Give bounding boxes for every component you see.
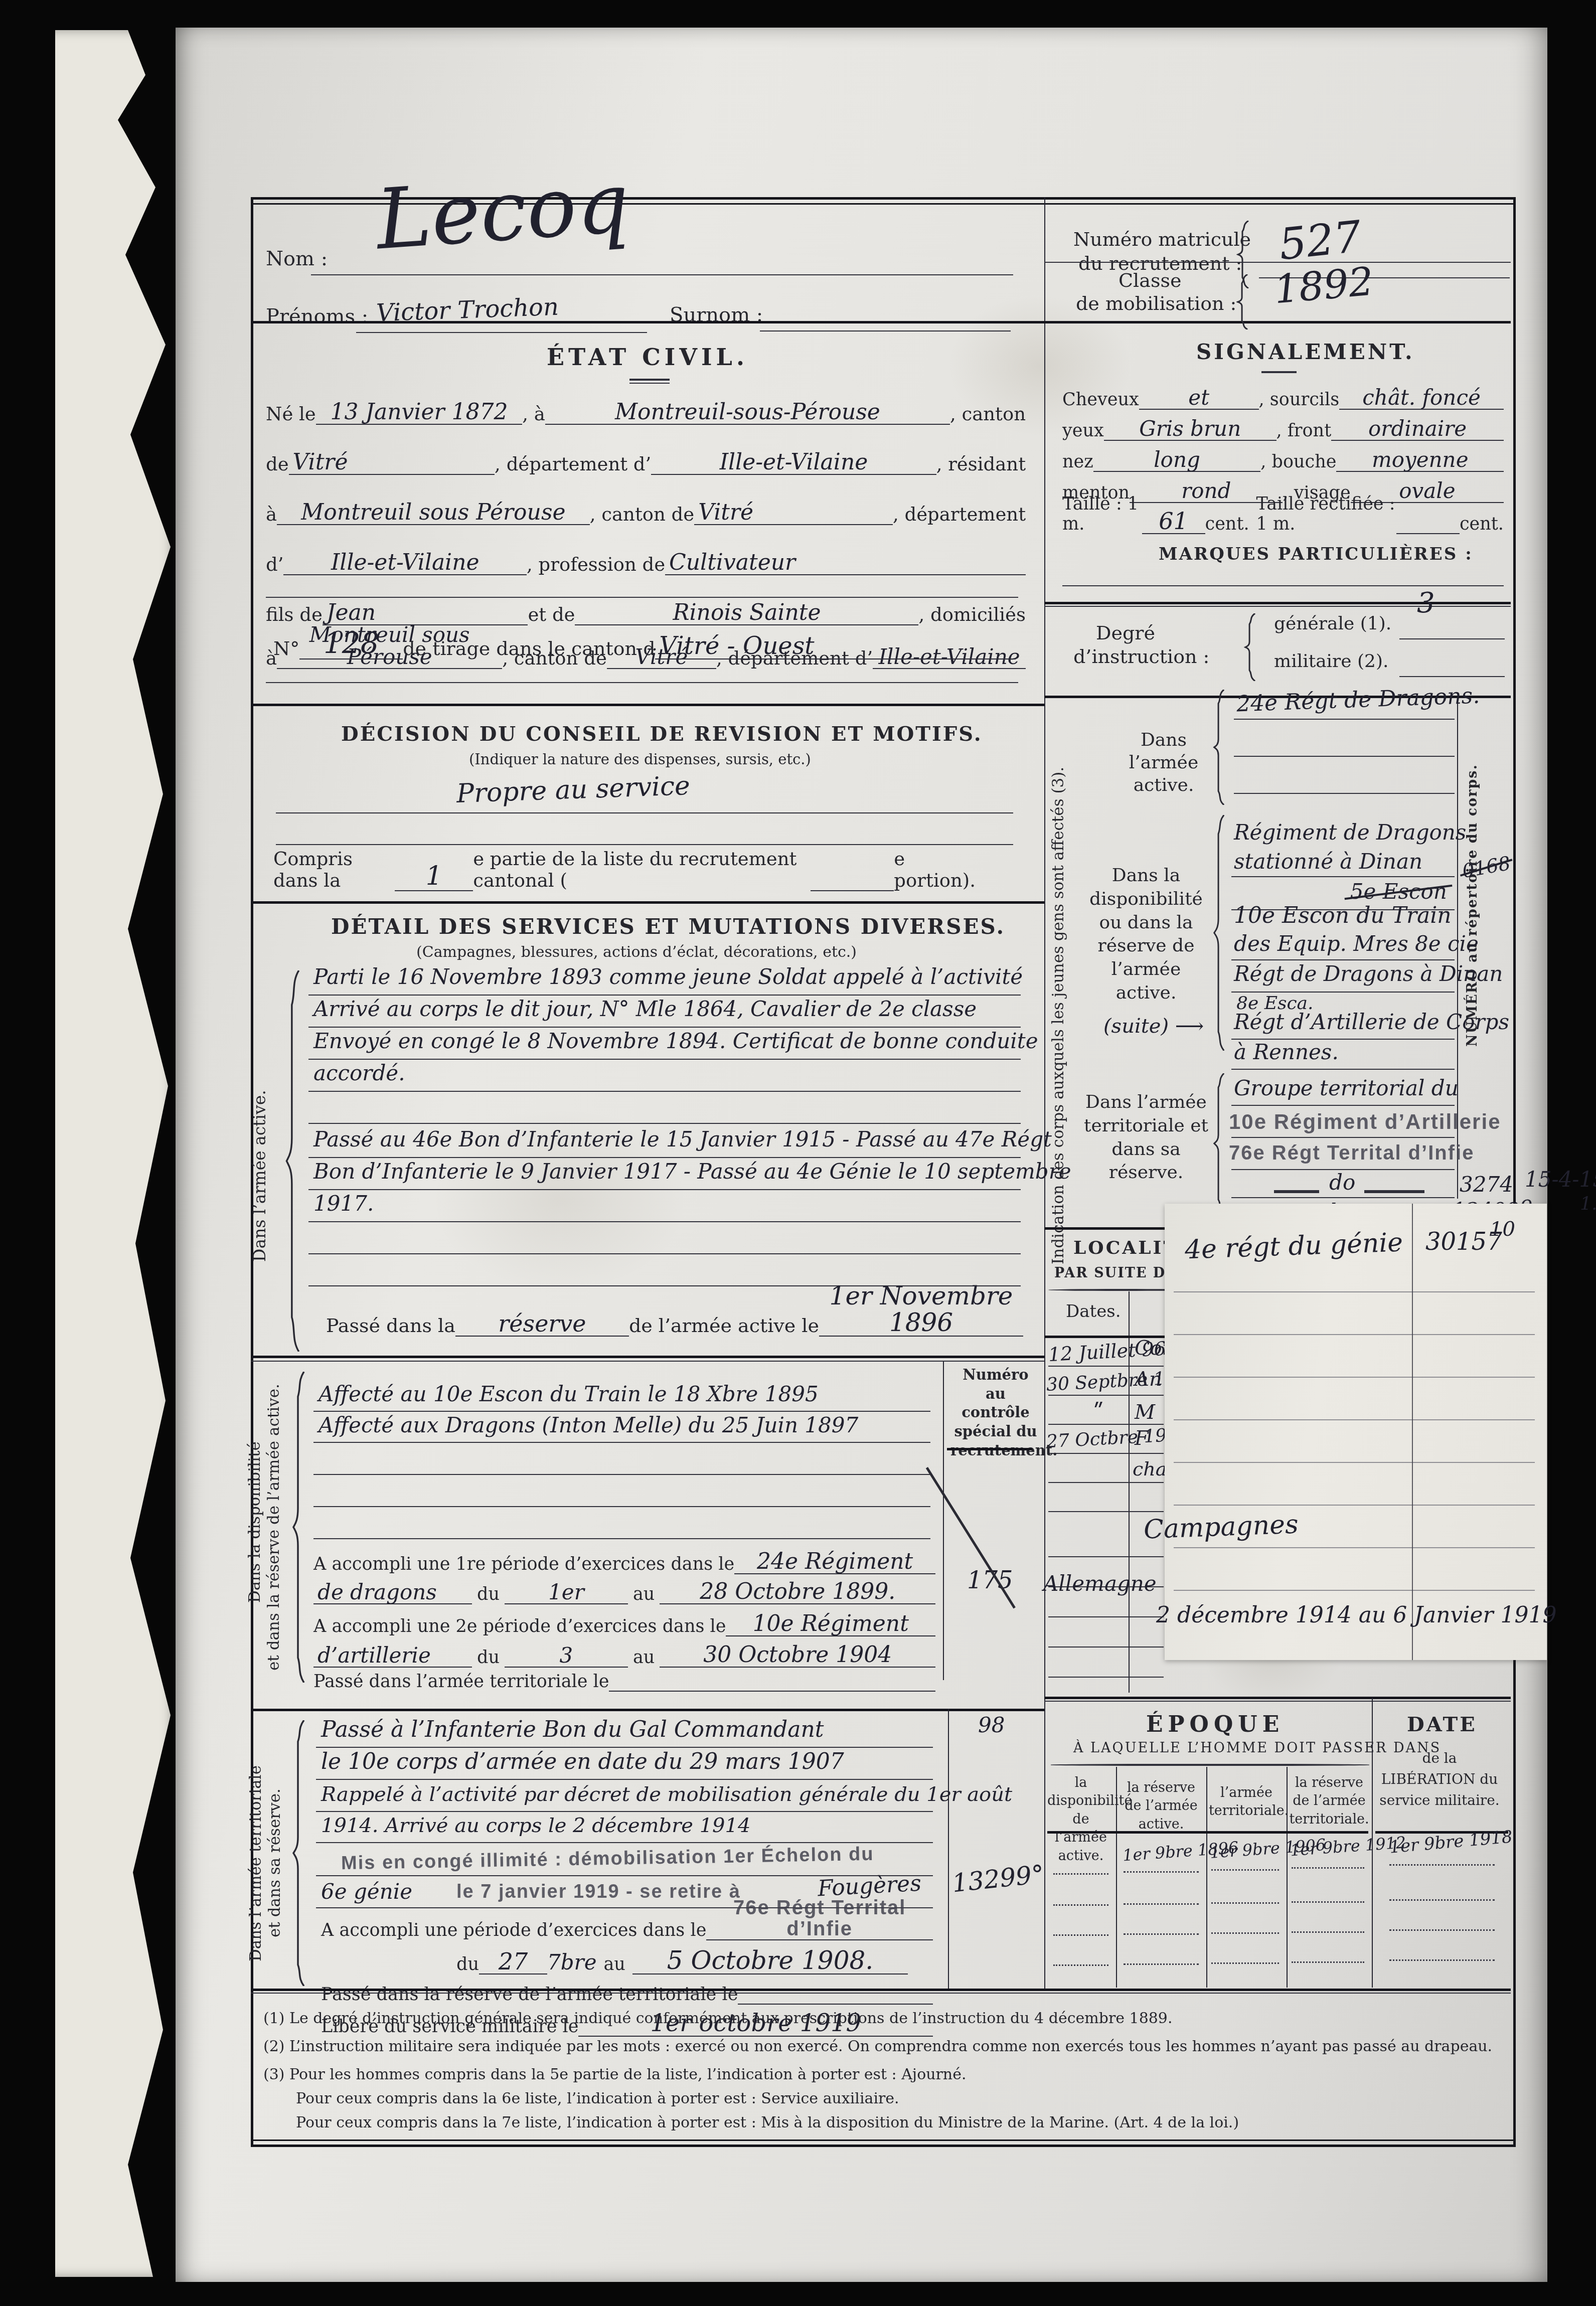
- corps-t5annot2: 1.: [1580, 1194, 1596, 1214]
- services-hw2: Arrivé au corps le dit jour, N° Mle 1864…: [313, 997, 977, 1021]
- p2-value: 10e Régiment: [726, 1612, 935, 1636]
- localites-dates-label: Dates.: [1066, 1301, 1121, 1322]
- classe-brace: [1236, 274, 1248, 330]
- corps-r2: stationné à Dinan: [1234, 849, 1422, 874]
- ec-l1c: , canton: [950, 403, 1026, 425]
- terr-vlabel-1: Dans l’armée territoriale: [247, 1733, 265, 1994]
- footnote-2: (2) L’instruction militaire sera indiqué…: [263, 2038, 1492, 2055]
- campagnes-value: 2 décembre 1914 au 6 Janvier 1919: [1156, 1602, 1557, 1628]
- numero-controle-header: Numéro au contrôle spécial du recrutemen…: [950, 1366, 1041, 1460]
- reserve-value-2: 1er Novembre 1896: [819, 1283, 1023, 1337]
- epoque-col4-header: la réserve de l’armée territoriale.: [1289, 1774, 1369, 1829]
- corps-terr-brace: [1213, 1073, 1225, 1214]
- terr-p-du: du: [456, 1954, 479, 1974]
- classe-value: 1892: [1272, 259, 1375, 313]
- pasted-slip: 4e régt du génie 30157 10: [1165, 1204, 1547, 1660]
- terr-hw4: 1914. Arrivé au corps le 2 décembre 1914: [321, 1814, 750, 1837]
- ec-l1a: Né le: [266, 403, 316, 425]
- services-hw6: Bon d’Infanterie le 9 Janvier 1917 - Pas…: [313, 1159, 1071, 1184]
- epoque-date-title: DATE: [1407, 1713, 1477, 1736]
- epoque-title: ÉPOQUE: [1146, 1712, 1284, 1737]
- nez-value: long: [1093, 449, 1261, 472]
- p1-from: 1er: [505, 1581, 628, 1604]
- p1-label: A accompli une 1re période d’exercices d…: [313, 1554, 734, 1574]
- corps-terr-label: Dans l’armée territoriale et dans sa rés…: [1078, 1091, 1214, 1185]
- yeux-label: yeux: [1062, 421, 1104, 441]
- corps-r3: 5e Escon: [1350, 879, 1447, 904]
- ec-l3c: , département: [893, 504, 1026, 525]
- services-hw5: Passé au 46e Bon d’Infanterie le 15 Janv…: [313, 1127, 1052, 1151]
- ec-l3v2: Vitré: [694, 501, 893, 525]
- corps-t2-stamp: 10e Régiment d’Artillerie: [1229, 1110, 1501, 1134]
- p2-label: A accompli une 2e période d’exercices da…: [313, 1616, 726, 1636]
- epoque-col2-header: la réserve de l’armée active.: [1119, 1779, 1204, 1834]
- terr-stamp2: le 7 janvier 1919 - se retire à: [456, 1881, 741, 1903]
- reserve-pre: Passé dans la: [326, 1314, 455, 1337]
- front-label: , front: [1276, 421, 1332, 441]
- ec-l4b: , profession de: [527, 554, 665, 575]
- loc-f2: An: [1135, 1368, 1162, 1391]
- reserve-mid: de l’armée active le: [629, 1314, 819, 1337]
- p1-value: 24e Régiment: [734, 1550, 935, 1574]
- corps-t1: Groupe territorial du: [1234, 1076, 1459, 1100]
- services-title: DÉTAIL DES SERVICES ET MUTATIONS DIVERSE…: [331, 914, 1005, 939]
- overlay-num-sup: 10: [1490, 1218, 1515, 1241]
- dispo-vlabel-2: et dans la réserve de l’armée active.: [265, 1372, 283, 1683]
- degre-label-2: d’instruction :: [1073, 645, 1209, 668]
- campagnes-label: Allemagne: [1043, 1571, 1157, 1596]
- services-hw3: Envoyé en congé le 8 Novembre 1894. Cert…: [313, 1029, 1038, 1053]
- yeux-value: Gris brun: [1104, 418, 1276, 441]
- reserve-value-1: réserve: [455, 1311, 629, 1337]
- p1-au: au: [633, 1584, 655, 1604]
- terr-p-label: A accompli une période d’exercices dans …: [321, 1920, 706, 1940]
- taille-rect-cent: cent.: [1460, 514, 1504, 534]
- degre-generale-label: générale (1).: [1274, 613, 1391, 634]
- cheveux-label: Cheveux: [1062, 390, 1139, 410]
- dispo-hw1: Affecté au 10e Escon du Train le 18 Xbre…: [318, 1382, 819, 1406]
- degre-brace: [1244, 613, 1256, 681]
- epoque-date-sub: de la LIBÉRATION du service militaire.: [1379, 1748, 1500, 1811]
- degre-militaire-label: militaire (2).: [1274, 651, 1389, 672]
- terr-hw2: le 10e corps d’armée en date du 29 mars …: [321, 1749, 844, 1774]
- epoque-col1-header: la disponibilité de l’armée active.: [1047, 1774, 1114, 1865]
- prenoms-label: Prénoms :: [266, 305, 368, 328]
- form-page: Nom : Lecoq Prénoms : Victor Trochon Sur…: [176, 28, 1547, 2282]
- p1-to: 28 Octobre 1899.: [660, 1580, 935, 1604]
- taille-rect-blank: [1396, 533, 1460, 534]
- ec-l3a: à: [266, 504, 277, 525]
- main-column-divider: [1044, 197, 1045, 1989]
- nom-label: Nom :: [266, 247, 328, 270]
- compris-label: Compris dans la: [273, 848, 395, 891]
- services-subtitle: (Campagnes, blessures, actions d’éclat, …: [416, 943, 857, 961]
- ec-l1v1: 13 Janvier 1872: [316, 401, 523, 425]
- corps-r8: Régt d’Artillerie de Corps: [1234, 1010, 1509, 1034]
- terr-p-v2: 5 Octobre 1908.: [632, 1947, 908, 1975]
- ec-l3v1: Montreuil sous Pérouse: [277, 501, 590, 525]
- ec-l2a: de: [266, 453, 289, 475]
- decision-subtitle: (Indiquer la nature des dispenses, sursi…: [469, 751, 811, 768]
- footnote-3: (3) Pour les hommes compris dans la 5e p…: [263, 2066, 966, 2083]
- scanned-military-register-sheet: Nom : Lecoq Prénoms : Victor Trochon Sur…: [0, 0, 1596, 2306]
- ec-l1b: , à: [522, 403, 545, 425]
- terr-hw3: Rappelé à l’activité par décret de mobil…: [321, 1783, 1012, 1806]
- nom-value: Lecoq: [373, 154, 632, 268]
- etat-civil-title: ÉTAT CIVIL.: [547, 344, 748, 371]
- ec-l2v1: Vitré: [289, 451, 495, 475]
- footnote-5: Pour ceux compris dans la 7e liste, l’in…: [296, 2114, 1239, 2131]
- torn-page-edge: [55, 30, 181, 2277]
- corps-t4n: 3274: [1460, 1172, 1513, 1197]
- corps-dispo-brace: [1213, 815, 1225, 1051]
- terr-res-label: Passé dans la réserve de l’armée territo…: [321, 1985, 738, 2005]
- terr-hw1: Passé à l’Infanterie Bon du Gal Commanda…: [321, 1717, 824, 1742]
- degre-generale-value: 3: [1417, 587, 1435, 619]
- ec-l2c: , résidant: [936, 453, 1026, 475]
- corps-r1: Régiment de Dragons: [1234, 820, 1466, 845]
- dispo-hw2: Affecté aux Dragons (Inton Melle) du 25 …: [318, 1413, 858, 1437]
- decision-title: DÉCISION DU CONSEIL DE REVISION ET MOTIF…: [341, 722, 983, 746]
- corps-r5: des Equip. Mres 8e cie: [1234, 931, 1479, 956]
- bouche-value: moyenne: [1336, 449, 1504, 472]
- p1-corps: de dragons: [313, 1581, 472, 1604]
- taille-value: 61: [1142, 509, 1205, 534]
- dispo-vlabel-1: Dans la disponibilité: [246, 1382, 264, 1663]
- services-hw1: Parti le 16 Novembre 1893 comme jeune So…: [313, 964, 1023, 989]
- terr-brace: [292, 1720, 305, 1986]
- taille-label: Taille : 1 m.: [1062, 494, 1142, 534]
- terr-p-v1: 27: [479, 1949, 547, 1974]
- loc-f4: F: [1135, 1427, 1149, 1450]
- terr-n1: 98: [978, 1713, 1005, 1737]
- ec-l2v2: Ille-et-Vilaine: [651, 451, 936, 475]
- ec-l4v2: Cultivateur: [665, 551, 1026, 575]
- marques-label: MARQUES PARTICULIÈRES :: [1159, 544, 1473, 564]
- nez-label: nez: [1062, 452, 1093, 472]
- corps-t3-stamp: 76e Régt Territal d’Infie: [1229, 1142, 1474, 1165]
- terr-passage-label: Passé dans l’armée territoriale le: [313, 1672, 609, 1692]
- terr-p-7bre: 7bre: [547, 1950, 597, 1974]
- loc-d3: ʺ: [1093, 1400, 1103, 1425]
- corps-r6: Régt de Dragons à Dinan: [1234, 961, 1503, 986]
- front-value: ordinaire: [1331, 418, 1504, 441]
- terr-hw5: 6e génie: [321, 1879, 412, 1904]
- signalement-title: SIGNALEMENT.: [1196, 340, 1415, 364]
- corps-suite-label: (suite) ⟶: [1103, 1015, 1204, 1038]
- loc-f5: cha: [1133, 1458, 1167, 1480]
- p1-du: du: [477, 1584, 500, 1604]
- ec-l2b: , département d’: [495, 453, 651, 475]
- compris-end: e portion).: [894, 848, 976, 891]
- sourcils-value: chât. foncé: [1339, 387, 1504, 410]
- corps-t4annot: 15-4-15: [1525, 1167, 1596, 1192]
- overlay-value: 4e régt du génie: [1184, 1227, 1403, 1265]
- services-hw7: 1917.: [313, 1191, 374, 1216]
- footnote-4: Pour ceux compris dans la 6e liste, l’in…: [296, 2090, 899, 2107]
- compris-mid: e partie de la liste du recrutement cant…: [473, 848, 811, 891]
- matricule-label: Numéro matricule: [1073, 228, 1251, 250]
- terr-vlabel-2: et dans sa réserve.: [266, 1748, 284, 1979]
- tirage-canton: Vitré - Ouest: [655, 633, 1016, 660]
- corps-vlabel: Indication des corps auxquels les jeunes…: [1049, 720, 1067, 1311]
- compris-portion-blank: [811, 890, 894, 891]
- ec-l4v1: Ille-et-Vilaine: [283, 551, 527, 575]
- degre-label-1: Degré: [1096, 622, 1155, 644]
- dispo-brace: [292, 1372, 305, 1683]
- tirage-num: 128: [299, 628, 403, 660]
- taille-rect-label: Taille rectifiée : 1 m.: [1256, 494, 1396, 534]
- terr-passage-blank: [609, 1691, 935, 1692]
- bouche-label: , bouche: [1260, 452, 1336, 472]
- classe-label2: de mobilisation :: [1076, 292, 1236, 314]
- tirage-no: N°: [273, 637, 299, 660]
- cheveux-value: et: [1139, 387, 1259, 410]
- ec-l4a: d’: [266, 554, 283, 575]
- corps-active-brace: [1213, 690, 1225, 805]
- ec-l1v2: Montreuil-sous-Pérouse: [545, 401, 950, 425]
- armee-active-vlabel: Dans l’armée active.: [250, 1006, 269, 1347]
- taille-cent: cent.: [1205, 514, 1249, 534]
- armee-active-brace: [285, 970, 300, 1352]
- services-hw4: accordé.: [313, 1061, 405, 1085]
- classe-label: Classe: [1119, 269, 1181, 291]
- corps-r4: 10e Escon du Train: [1234, 903, 1452, 928]
- terr-p-stamp: 76e Régt Territal d’Infie: [706, 1897, 933, 1940]
- corps-active-label: Dans l’armée active.: [1106, 729, 1221, 796]
- ec-l3b: , canton de: [590, 504, 694, 525]
- terr-p-au: au: [604, 1954, 625, 1974]
- corps-t4b: do: [1329, 1170, 1355, 1195]
- corps-r9: à Rennes.: [1234, 1040, 1339, 1064]
- tirage-mid: de tirage dans le canton d: [403, 637, 655, 660]
- footnote-1: (1) Le degré d’instruction générale sera…: [263, 2010, 1172, 2027]
- sourcils-label: , sourcils: [1259, 390, 1340, 410]
- loc-f3: M: [1135, 1401, 1155, 1424]
- epoque-col3-header: l’armée territoriale.: [1209, 1784, 1284, 1821]
- campagnes-title: Campagnes: [1143, 1510, 1299, 1545]
- corps-dispo-label: Dans la disponibilité ou dans la réserve…: [1078, 864, 1214, 1005]
- compris-value: 1: [395, 863, 473, 891]
